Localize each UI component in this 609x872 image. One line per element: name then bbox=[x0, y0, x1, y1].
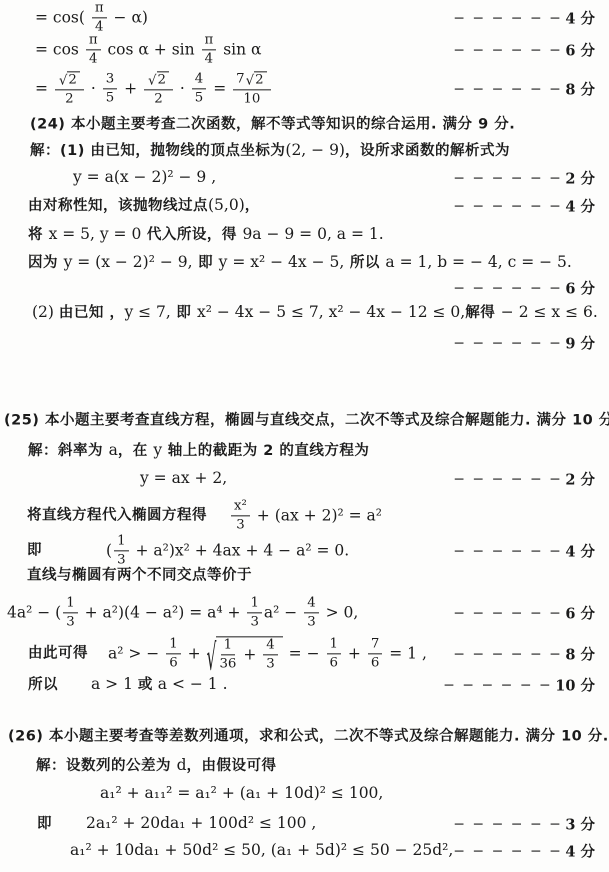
math-text: 4 bbox=[195, 72, 203, 87]
math-text: 3 bbox=[307, 614, 315, 629]
radical-body: 2 bbox=[254, 71, 266, 88]
fraction-denominator: 2 bbox=[154, 91, 162, 107]
document-page: = cos( π4 − α)− − − − − −4 分= cos π4 cos… bbox=[0, 0, 609, 872]
math-text: = bbox=[208, 80, 231, 98]
text-line: 将 x = 5, y = 0 代入所设，得 9a − 9 = 0, a = 1. bbox=[28, 226, 384, 244]
text-line: 由此可得a² > − 16 + √136 + 43 = − 16 + 76 = … bbox=[28, 636, 427, 671]
fraction-numerator: x² bbox=[231, 499, 250, 516]
score-label: 2 分 bbox=[565, 168, 595, 189]
score-mark: − − − − − −2 分 bbox=[453, 469, 595, 490]
chinese-text: 轴上的截距为 2 的直线方程为 bbox=[162, 443, 369, 460]
math-text: a² > − bbox=[108, 645, 164, 663]
fraction-numerator: √2 bbox=[144, 71, 173, 90]
text-line: (2) 由已知 ，y ≤ 7, 即 x² − 4x − 5 ≤ 7, x² − … bbox=[32, 304, 598, 322]
math-text: 5 bbox=[106, 90, 114, 105]
chinese-text: 将直线方程代入椭圆方程得 bbox=[27, 508, 207, 525]
math-text: y = ax + 2, bbox=[140, 470, 227, 488]
chinese-text: 即 bbox=[27, 543, 42, 560]
fraction-denominator: 6 bbox=[169, 655, 177, 671]
score-label: 6 分 bbox=[565, 40, 595, 61]
fraction: 45 bbox=[192, 72, 206, 105]
score-mark: − − − − − −4 分 bbox=[453, 541, 595, 562]
math-text: a bbox=[109, 442, 118, 460]
fraction: 16 bbox=[327, 637, 341, 670]
math-text: 4 bbox=[205, 51, 213, 66]
chinese-text: 即 bbox=[193, 255, 219, 272]
math-text: 3 bbox=[250, 614, 258, 629]
math-text: x² − 4x − 5 ≤ 7, x² − 4x − 12 ≤ 0, bbox=[197, 304, 465, 322]
fraction-numerator: 7√2 bbox=[233, 71, 270, 90]
chinese-text: ，设所求函数的解析式为 bbox=[345, 143, 510, 160]
fraction-numerator: 7 bbox=[368, 637, 382, 654]
radical-sign: √ bbox=[246, 75, 255, 88]
score-dashes: − − − − − − bbox=[453, 605, 562, 621]
score-label: 6 分 bbox=[565, 278, 595, 299]
fraction: 43 bbox=[263, 638, 277, 671]
text-line: y = a(x − 2)² − 9 , bbox=[73, 169, 216, 187]
math-text: 3 bbox=[266, 656, 274, 671]
math-text: π bbox=[205, 33, 214, 48]
score-mark: − − − − − −6 分 bbox=[453, 278, 595, 299]
chinese-text: 由已知 ， bbox=[59, 305, 125, 322]
math-text: 10 bbox=[243, 91, 260, 106]
math-text: 36 bbox=[219, 656, 236, 671]
fraction-denominator: 4 bbox=[205, 51, 213, 67]
score-label: 4 分 bbox=[565, 541, 595, 562]
fraction: 16 bbox=[166, 637, 180, 670]
math-text: + (ax + 2)² = a² bbox=[252, 507, 382, 525]
fraction: x²3 bbox=[231, 499, 250, 532]
math-text: 4 bbox=[266, 638, 274, 653]
chinese-text: 将 bbox=[28, 227, 49, 244]
radical-sign: √ bbox=[207, 641, 217, 676]
math-text: a₁² + 10da₁ + 50d² ≤ 50, (a₁ + 5d)² ≤ 50… bbox=[70, 842, 453, 860]
chinese-text: (25) 本小题主要考查直线方程，椭圆与直线交点，二次不等式及综合解题能力. 满… bbox=[4, 413, 609, 430]
radical: √2 bbox=[246, 71, 267, 88]
fraction-denominator: 10 bbox=[243, 91, 260, 107]
fraction-denominator: 3 bbox=[250, 614, 258, 630]
math-text: 1 bbox=[250, 596, 258, 611]
math-text: 1 bbox=[224, 638, 232, 653]
fraction-numerator: 1 bbox=[63, 596, 77, 613]
text-line: 因为 y = (x − 2)² − 9, 即 y = x² − 4x − 5, … bbox=[28, 254, 572, 272]
math-text: (2) bbox=[32, 304, 59, 322]
math-text: > 0, bbox=[321, 604, 359, 622]
text-line: 直线与椭圆有两个不同交点等价于 bbox=[27, 568, 252, 585]
math-text: y = a(x − 2)² − 9 , bbox=[73, 169, 216, 187]
math-text: 2 bbox=[154, 91, 162, 106]
math-text: 6 bbox=[330, 655, 338, 670]
fraction-denominator: 3 bbox=[307, 614, 315, 630]
fraction-numerator: 3 bbox=[103, 72, 117, 89]
score-label: 4 分 bbox=[565, 8, 595, 29]
math-text: 4 bbox=[307, 596, 315, 611]
math-text: 1 bbox=[330, 637, 338, 652]
math-text: π bbox=[95, 1, 104, 16]
chinese-text: 由对称性知，该抛物线过点 bbox=[28, 198, 208, 215]
math-text: 2a₁² + 20da₁ + 100d² ≤ 100 , bbox=[86, 815, 316, 833]
chinese-text: 解：(1) 由已知，抛物线的顶点坐标为 bbox=[30, 143, 285, 160]
chinese-text: ，由假设可得 bbox=[187, 758, 277, 775]
math-text: d bbox=[177, 757, 187, 775]
score-mark: − − − − − −8 分 bbox=[453, 79, 595, 100]
chinese-text: 解：设数列的公差为 bbox=[36, 758, 177, 775]
fraction-numerator: √2 bbox=[55, 71, 84, 90]
math-text: + a²)(4 − a²) = a⁴ + bbox=[80, 604, 246, 622]
math-text: = bbox=[35, 80, 53, 98]
score-label: 10 分 bbox=[555, 675, 595, 696]
math-text: + a²)x² + 4ax + 4 − a² = 0. bbox=[131, 542, 350, 560]
math-text: 3 bbox=[66, 614, 74, 629]
text-line: y = ax + 2, bbox=[140, 470, 227, 488]
math-text: ( bbox=[106, 542, 112, 560]
math-text: − α) bbox=[109, 9, 148, 27]
chinese-text: 代入所设，得 bbox=[141, 227, 242, 244]
fraction: 76 bbox=[368, 637, 382, 670]
fraction-denominator: 3 bbox=[266, 656, 274, 672]
score-dashes: − − − − − − bbox=[453, 646, 562, 662]
math-text: 4 bbox=[89, 51, 97, 66]
fraction-numerator: 4 bbox=[263, 638, 277, 655]
math-text: 9a − 9 = 0, a = 1. bbox=[242, 226, 383, 244]
fraction: √22 bbox=[55, 71, 84, 106]
radical-sign: √ bbox=[148, 75, 157, 88]
text-line: 4a² − (13 + a²)(4 − a²) = a⁴ + 13a² − 43… bbox=[7, 596, 358, 629]
score-mark: − − − − − −4 分 bbox=[453, 841, 595, 862]
radical-sign: √ bbox=[59, 75, 68, 88]
fraction: 43 bbox=[304, 596, 318, 629]
fraction: 13 bbox=[247, 596, 261, 629]
math-text: (2, − 9) bbox=[285, 142, 345, 160]
chinese-text: 解：斜率为 bbox=[28, 443, 109, 460]
fraction-numerator: π bbox=[202, 33, 217, 50]
text-line: 将直线方程代入椭圆方程得x²3 + (ax + 2)² = a² bbox=[27, 499, 382, 532]
math-text: − 2 ≤ x ≤ 6. bbox=[501, 304, 598, 322]
math-text: a < − 1 . bbox=[153, 676, 228, 694]
score-dashes: − − − − − − bbox=[453, 843, 562, 859]
text-line: (24) 本小题主要考查二次函数，解不等式等知识的综合运用. 满分 9 分. bbox=[30, 117, 515, 134]
math-text: + bbox=[119, 80, 142, 98]
fraction-denominator: 4 bbox=[89, 51, 97, 67]
score-mark: − − − − − −9 分 bbox=[453, 333, 595, 354]
text-line: 解：(1) 由已知，抛物线的顶点坐标为(2, − 9)，设所求函数的解析式为 bbox=[30, 142, 510, 160]
chinese-text: 直线与椭圆有两个不同交点等价于 bbox=[27, 568, 252, 585]
math-text: 3 bbox=[117, 552, 125, 567]
math-text: = cos( bbox=[35, 9, 90, 27]
radical-body: 2 bbox=[157, 71, 169, 88]
spacer bbox=[88, 654, 108, 655]
fraction: 13 bbox=[114, 534, 128, 567]
text-line: 解：斜率为 a，在 y 轴上的截距为 2 的直线方程为 bbox=[28, 442, 369, 460]
math-text: a = 1, b = − 4, c = − 5. bbox=[385, 254, 571, 272]
math-text: cos α + sin bbox=[103, 41, 200, 59]
math-text: y = x² − 4x − 5, bbox=[219, 254, 345, 272]
fraction-denominator: 2 bbox=[65, 91, 73, 107]
spacer bbox=[42, 551, 106, 552]
text-line: = cos π4 cos α + sin π4 sin α bbox=[35, 33, 262, 66]
chinese-text: 所以 bbox=[344, 255, 385, 272]
fraction-numerator: 1 bbox=[166, 637, 180, 654]
fraction-denominator: 5 bbox=[195, 90, 203, 106]
math-text: + bbox=[183, 645, 206, 663]
score-mark: − − − − − −4 分 bbox=[453, 8, 595, 29]
fraction-denominator: 3 bbox=[66, 614, 74, 630]
radical: √136 + 43 bbox=[207, 636, 283, 671]
score-dashes: − − − − − − bbox=[453, 170, 562, 186]
score-dashes: − − − − − − bbox=[453, 198, 562, 214]
math-text: x = 5, y = 0 bbox=[49, 226, 142, 244]
chinese-text: (26) 本小题主要考查等差数列通项，求和公式，二次不等式及综合解题能力. 满分… bbox=[8, 729, 609, 746]
fraction-numerator: π bbox=[92, 1, 107, 18]
math-text: x² bbox=[234, 499, 247, 514]
chinese-text: 或 bbox=[138, 677, 153, 694]
math-text: 3 bbox=[236, 517, 244, 532]
score-dashes: − − − − − − bbox=[453, 81, 562, 97]
score-mark: − − − − − −6 分 bbox=[453, 40, 595, 61]
math-text: + bbox=[343, 645, 366, 663]
score-dashes: − − − − − − bbox=[453, 816, 562, 832]
math-text: 1 bbox=[169, 637, 177, 652]
score-label: 2 分 bbox=[565, 469, 595, 490]
fraction-numerator: 1 bbox=[114, 534, 128, 551]
fraction-numerator: 1 bbox=[221, 638, 235, 655]
math-text: 6 bbox=[371, 655, 379, 670]
math-text: + bbox=[238, 646, 261, 664]
text-line: a₁² + a₁₁² = a₁² + (a₁ + 10d)² ≤ 100, bbox=[100, 785, 383, 803]
fraction-numerator: 4 bbox=[192, 72, 206, 89]
text-line: a₁² + 10da₁ + 50d² ≤ 50, (a₁ + 5d)² ≤ 50… bbox=[70, 842, 453, 860]
fraction-numerator: π bbox=[86, 33, 101, 50]
spacer bbox=[58, 685, 91, 686]
chinese-text: 由此可得 bbox=[28, 646, 88, 663]
math-text: 2 bbox=[68, 73, 76, 88]
score-dashes: − − − − − − bbox=[453, 543, 562, 559]
fraction: π4 bbox=[92, 1, 107, 34]
score-mark: − − − − − −2 分 bbox=[453, 168, 595, 189]
score-dashes: − − − − − − bbox=[453, 471, 562, 487]
chinese-text: ，在 bbox=[118, 443, 154, 460]
score-dashes: − − − − − − bbox=[453, 42, 562, 58]
chinese-text: (24) 本小题主要考查二次函数，解不等式等知识的综合运用. 满分 9 分. bbox=[30, 117, 515, 134]
text-line: (25) 本小题主要考查直线方程，椭圆与直线交点，二次不等式及综合解题能力. 满… bbox=[4, 413, 609, 430]
math-text: (5,0) bbox=[208, 197, 245, 215]
math-text: 7 bbox=[371, 637, 379, 652]
fraction: 7√210 bbox=[233, 71, 270, 106]
math-text: sin α bbox=[218, 41, 261, 59]
fraction: 13 bbox=[63, 596, 77, 629]
chinese-text: 解得 bbox=[465, 305, 501, 322]
math-text: · bbox=[86, 80, 101, 98]
math-text: a₁² + a₁₁² = a₁² + (a₁ + 10d)² ≤ 100, bbox=[100, 785, 383, 803]
score-label: 3 分 bbox=[565, 814, 595, 835]
score-mark: − − − − − −6 分 bbox=[453, 603, 595, 624]
math-text: · bbox=[175, 80, 190, 98]
math-text: 2 bbox=[158, 73, 166, 88]
math-text: a² − bbox=[264, 604, 302, 622]
fraction: 35 bbox=[103, 72, 117, 105]
text-line: = cos( π4 − α) bbox=[35, 1, 148, 34]
math-text: a > 1 bbox=[91, 676, 138, 694]
spacer bbox=[52, 824, 86, 825]
math-text: = − bbox=[284, 645, 325, 663]
fraction: 136 bbox=[219, 638, 236, 671]
chinese-text: 即 bbox=[171, 305, 197, 322]
text-line: (26) 本小题主要考查等差数列通项，求和公式，二次不等式及综合解题能力. 满分… bbox=[8, 729, 609, 746]
math-text: y = (x − 2)² − 9, bbox=[64, 254, 193, 272]
chinese-text: 所以 bbox=[28, 677, 58, 694]
score-mark: − − − − − −10 分 bbox=[443, 675, 595, 696]
text-line: 所以a > 1 或 a < − 1 . bbox=[28, 676, 228, 694]
score-label: 6 分 bbox=[565, 603, 595, 624]
fraction-denominator: 6 bbox=[330, 655, 338, 671]
chinese-text: 因为 bbox=[28, 255, 64, 272]
text-line: = √22 · 35 + √22 · 45 = 7√210 bbox=[35, 71, 273, 106]
fraction-denominator: 6 bbox=[371, 655, 379, 671]
score-dashes: − − − − − − bbox=[453, 335, 562, 351]
math-text: 4a² − ( bbox=[7, 604, 61, 622]
math-text: 3 bbox=[106, 72, 114, 87]
math-text: 2 bbox=[65, 91, 73, 106]
fraction-denominator: 3 bbox=[117, 552, 125, 568]
fraction: π4 bbox=[202, 33, 217, 66]
math-text: 2 bbox=[255, 73, 263, 88]
math-text: 7 bbox=[236, 72, 244, 87]
math-text: 6 bbox=[169, 655, 177, 670]
math-text: y bbox=[153, 442, 162, 460]
text-line: 解：设数列的公差为 d，由假设可得 bbox=[36, 757, 277, 775]
score-mark: − − − − − −8 分 bbox=[453, 644, 595, 665]
score-mark: − − − − − −4 分 bbox=[453, 196, 595, 217]
score-label: 8 分 bbox=[565, 79, 595, 100]
math-text: y ≤ 7, bbox=[124, 304, 170, 322]
chinese-text: 即 bbox=[37, 816, 52, 833]
math-text: 5 bbox=[195, 90, 203, 105]
math-text: = cos bbox=[35, 41, 84, 59]
score-dashes: − − − − − − bbox=[453, 280, 562, 296]
text-line: 即(13 + a²)x² + 4ax + 4 − a² = 0. bbox=[27, 534, 349, 567]
fraction-denominator: 5 bbox=[106, 90, 114, 106]
text-line: 即2a₁² + 20da₁ + 100d² ≤ 100 , bbox=[37, 815, 316, 833]
score-label: 9 分 bbox=[565, 333, 595, 354]
fraction-denominator: 36 bbox=[219, 656, 236, 672]
score-dashes: − − − − − − bbox=[443, 677, 552, 693]
radical: √2 bbox=[59, 71, 80, 88]
spacer bbox=[207, 516, 229, 517]
radical-body: 2 bbox=[67, 71, 79, 88]
math-text: 1 bbox=[117, 534, 125, 549]
fraction: √22 bbox=[144, 71, 173, 106]
score-dashes: − − − − − − bbox=[453, 10, 562, 26]
radical-body: 136 + 43 bbox=[216, 636, 282, 671]
text-line: 由对称性知，该抛物线过点(5,0)， bbox=[28, 197, 260, 215]
chinese-text: ， bbox=[245, 198, 260, 215]
score-mark: − − − − − −3 分 bbox=[453, 814, 595, 835]
fraction-denominator: 3 bbox=[236, 517, 244, 533]
math-text: 1 bbox=[66, 596, 74, 611]
fraction-numerator: 1 bbox=[327, 637, 341, 654]
radical: √2 bbox=[148, 71, 169, 88]
fraction: π4 bbox=[86, 33, 101, 66]
fraction-numerator: 4 bbox=[304, 596, 318, 613]
score-label: 8 分 bbox=[565, 644, 595, 665]
fraction-numerator: 1 bbox=[247, 596, 261, 613]
score-label: 4 分 bbox=[565, 196, 595, 217]
math-text: = 1 , bbox=[384, 645, 427, 663]
math-text: π bbox=[89, 33, 98, 48]
score-label: 4 分 bbox=[565, 841, 595, 862]
